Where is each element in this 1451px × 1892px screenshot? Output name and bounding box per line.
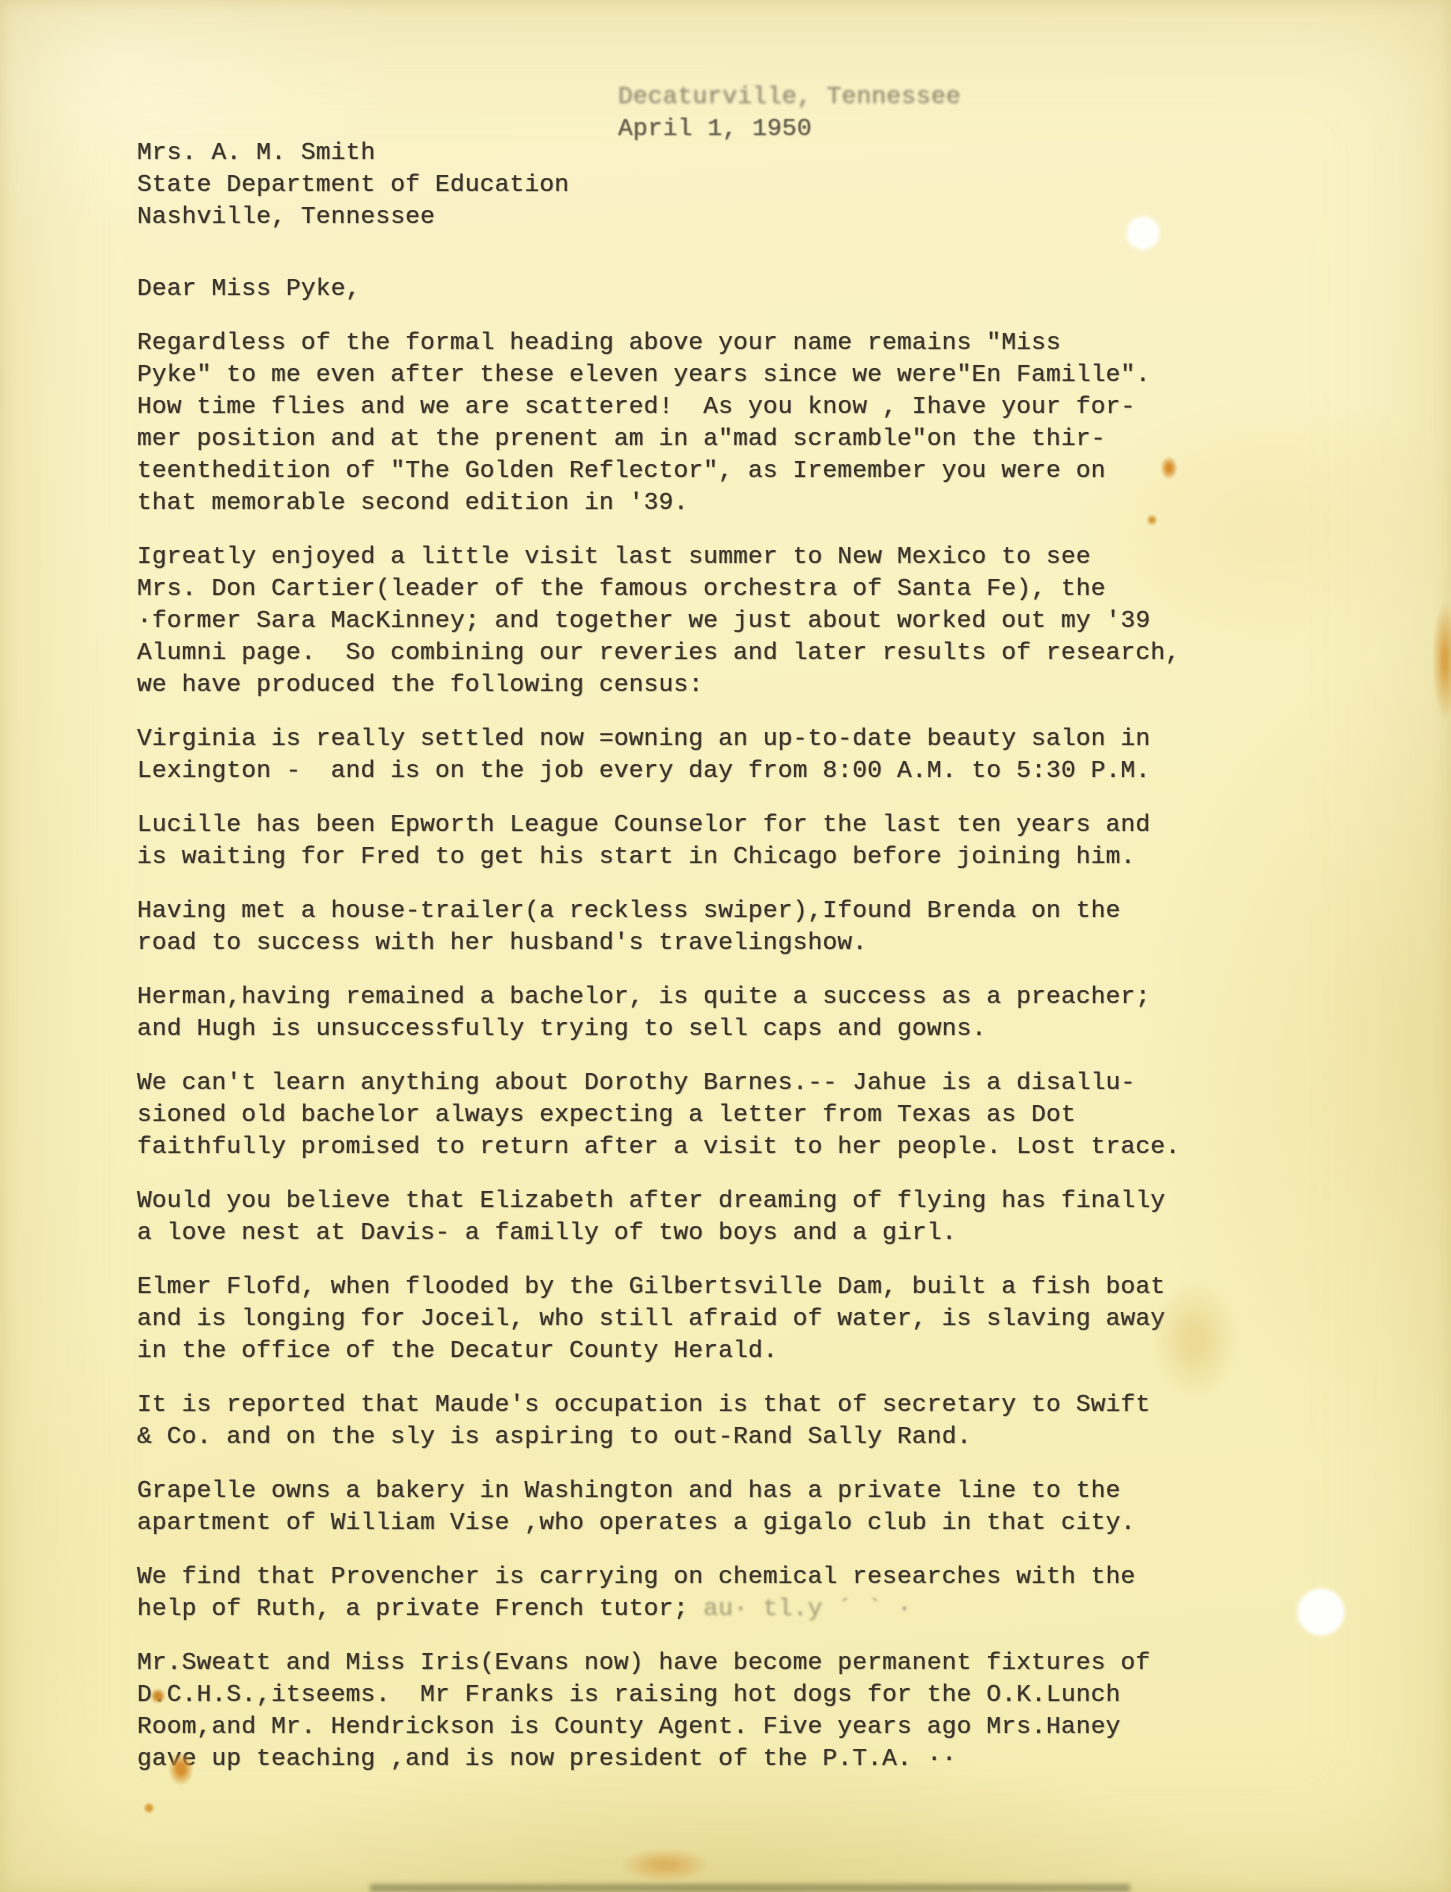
- letter-paragraph: Virginia is really settled now =owning a…: [137, 724, 1257, 788]
- recipient-org: State Department of Education: [137, 170, 1257, 202]
- letter-line: We find that Provencher is carrying on c…: [137, 1562, 1257, 1594]
- letter-line: teenthedition of "The Golden Reflector",…: [137, 456, 1257, 488]
- letter-paragraph: We find that Provencher is carrying on c…: [137, 1562, 1257, 1626]
- letter-line: How time flies and we are scattered! As …: [137, 392, 1257, 424]
- letter-paragraph: Would you believe that Elizabeth after d…: [137, 1186, 1257, 1250]
- letter-line: that memorable second edition in '39.: [137, 488, 1257, 520]
- letter-line: mer position and at the prenent am in a"…: [137, 424, 1257, 456]
- letter-paragraph: Elmer Flofd, when flooded by the Gilbert…: [137, 1272, 1257, 1368]
- letter-line: in the office of the Decatur County Hera…: [137, 1336, 1257, 1368]
- letter-line: & Co. and on the sly is aspiring to out-…: [137, 1422, 1257, 1454]
- salutation: Dear Miss Pyke,: [137, 274, 1257, 306]
- paper-stain: [620, 1848, 710, 1882]
- paper-stain: [143, 1802, 155, 1814]
- paper-stain: [1432, 600, 1451, 720]
- letter-line: road to success with her husband's trave…: [137, 928, 1257, 960]
- letter-line: Mrs. Don Cartier(leader of the famous or…: [137, 574, 1257, 606]
- letter-line: D.C.H.S.,itseems. Mr Franks is raising h…: [137, 1680, 1257, 1712]
- dateline-city: Decaturville, Tennessee: [618, 82, 961, 114]
- letter-line: Igreatly enjoyed a little visit last sum…: [137, 542, 1257, 574]
- letter-line: Grapelle owns a bakery in Washington and…: [137, 1476, 1257, 1508]
- letter-body: Mrs. A. M. Smith State Department of Edu…: [137, 138, 1257, 1798]
- recipient-name: Mrs. A. M. Smith: [137, 138, 1257, 170]
- letter-line: sioned old bachelor always expecting a l…: [137, 1100, 1257, 1132]
- punch-hole: [1299, 1590, 1343, 1634]
- letter-line: a love nest at Davis- a familly of two b…: [137, 1218, 1257, 1250]
- letter-line: Lucille has been Epworth League Counselo…: [137, 810, 1257, 842]
- recipient-city: Nashville, Tennessee: [137, 202, 1257, 234]
- dateline: Decaturville, Tennessee April 1, 1950: [618, 82, 961, 146]
- letter-line: and is longing for Joceil, who still afr…: [137, 1304, 1257, 1336]
- letter-line: faithfully promised to return after a vi…: [137, 1132, 1257, 1164]
- letter-line: Herman,having remained a bachelor, is qu…: [137, 982, 1257, 1014]
- letter-paragraph: Herman,having remained a bachelor, is qu…: [137, 982, 1257, 1046]
- letter-paragraph: Mr.Sweatt and Miss Iris(Evans now) have …: [137, 1648, 1257, 1776]
- letter-paragraphs: Regardless of the formal heading above y…: [137, 328, 1257, 1776]
- letter-line: Elmer Flofd, when flooded by the Gilbert…: [137, 1272, 1257, 1304]
- letter-line: Lexington - and is on the job every day …: [137, 756, 1257, 788]
- letter-paragraph: It is reported that Maude's occupation i…: [137, 1390, 1257, 1454]
- letter-line: Room,and Mr. Hendrickson is County Agent…: [137, 1712, 1257, 1744]
- letter-page: Decaturville, Tennessee April 1, 1950 Mr…: [0, 0, 1451, 1892]
- letter-line: Having met a house-trailer(a reckless sw…: [137, 896, 1257, 928]
- recipient-address: Mrs. A. M. Smith State Department of Edu…: [137, 138, 1257, 234]
- letter-line: ·former Sara MacKinney; and together we …: [137, 606, 1257, 638]
- letter-line: It is reported that Maude's occupation i…: [137, 1390, 1257, 1422]
- punch-hole: [1128, 218, 1158, 248]
- letter-line: Virginia is really settled now =owning a…: [137, 724, 1257, 756]
- letter-line: we have produced the following census:: [137, 670, 1257, 702]
- letter-line: apartment of William Vise ,who operates …: [137, 1508, 1257, 1540]
- letter-line: is waiting for Fred to get his start in …: [137, 842, 1257, 874]
- letter-line: Pyke" to me even after these eleven year…: [137, 360, 1257, 392]
- letter-line: Mr.Sweatt and Miss Iris(Evans now) have …: [137, 1648, 1257, 1680]
- letter-paragraph: We can't learn anything about Dorothy Ba…: [137, 1068, 1257, 1164]
- letter-paragraph: Having met a house-trailer(a reckless sw…: [137, 896, 1257, 960]
- letter-line: Regardless of the formal heading above y…: [137, 328, 1257, 360]
- letter-line: We can't learn anything about Dorothy Ba…: [137, 1068, 1257, 1100]
- letter-paragraph: Regardless of the formal heading above y…: [137, 328, 1257, 520]
- letter-paragraph: Igreatly enjoyed a little visit last sum…: [137, 542, 1257, 702]
- letter-line: Would you believe that Elizabeth after d…: [137, 1186, 1257, 1218]
- letter-line: help of Ruth, a private French tutor; au…: [137, 1594, 1257, 1626]
- letter-paragraph: Lucille has been Epworth League Counselo…: [137, 810, 1257, 874]
- letter-line: and Hugh is unsuccessfully trying to sel…: [137, 1014, 1257, 1046]
- faded-text: au· tl.y ´ ` ·: [703, 1596, 912, 1623]
- letter-line: gave up teaching ,and is now president o…: [137, 1744, 1257, 1776]
- letter-paragraph: Grapelle owns a bakery in Washington and…: [137, 1476, 1257, 1540]
- letter-line: Alumni page. So combining our reveries a…: [137, 638, 1257, 670]
